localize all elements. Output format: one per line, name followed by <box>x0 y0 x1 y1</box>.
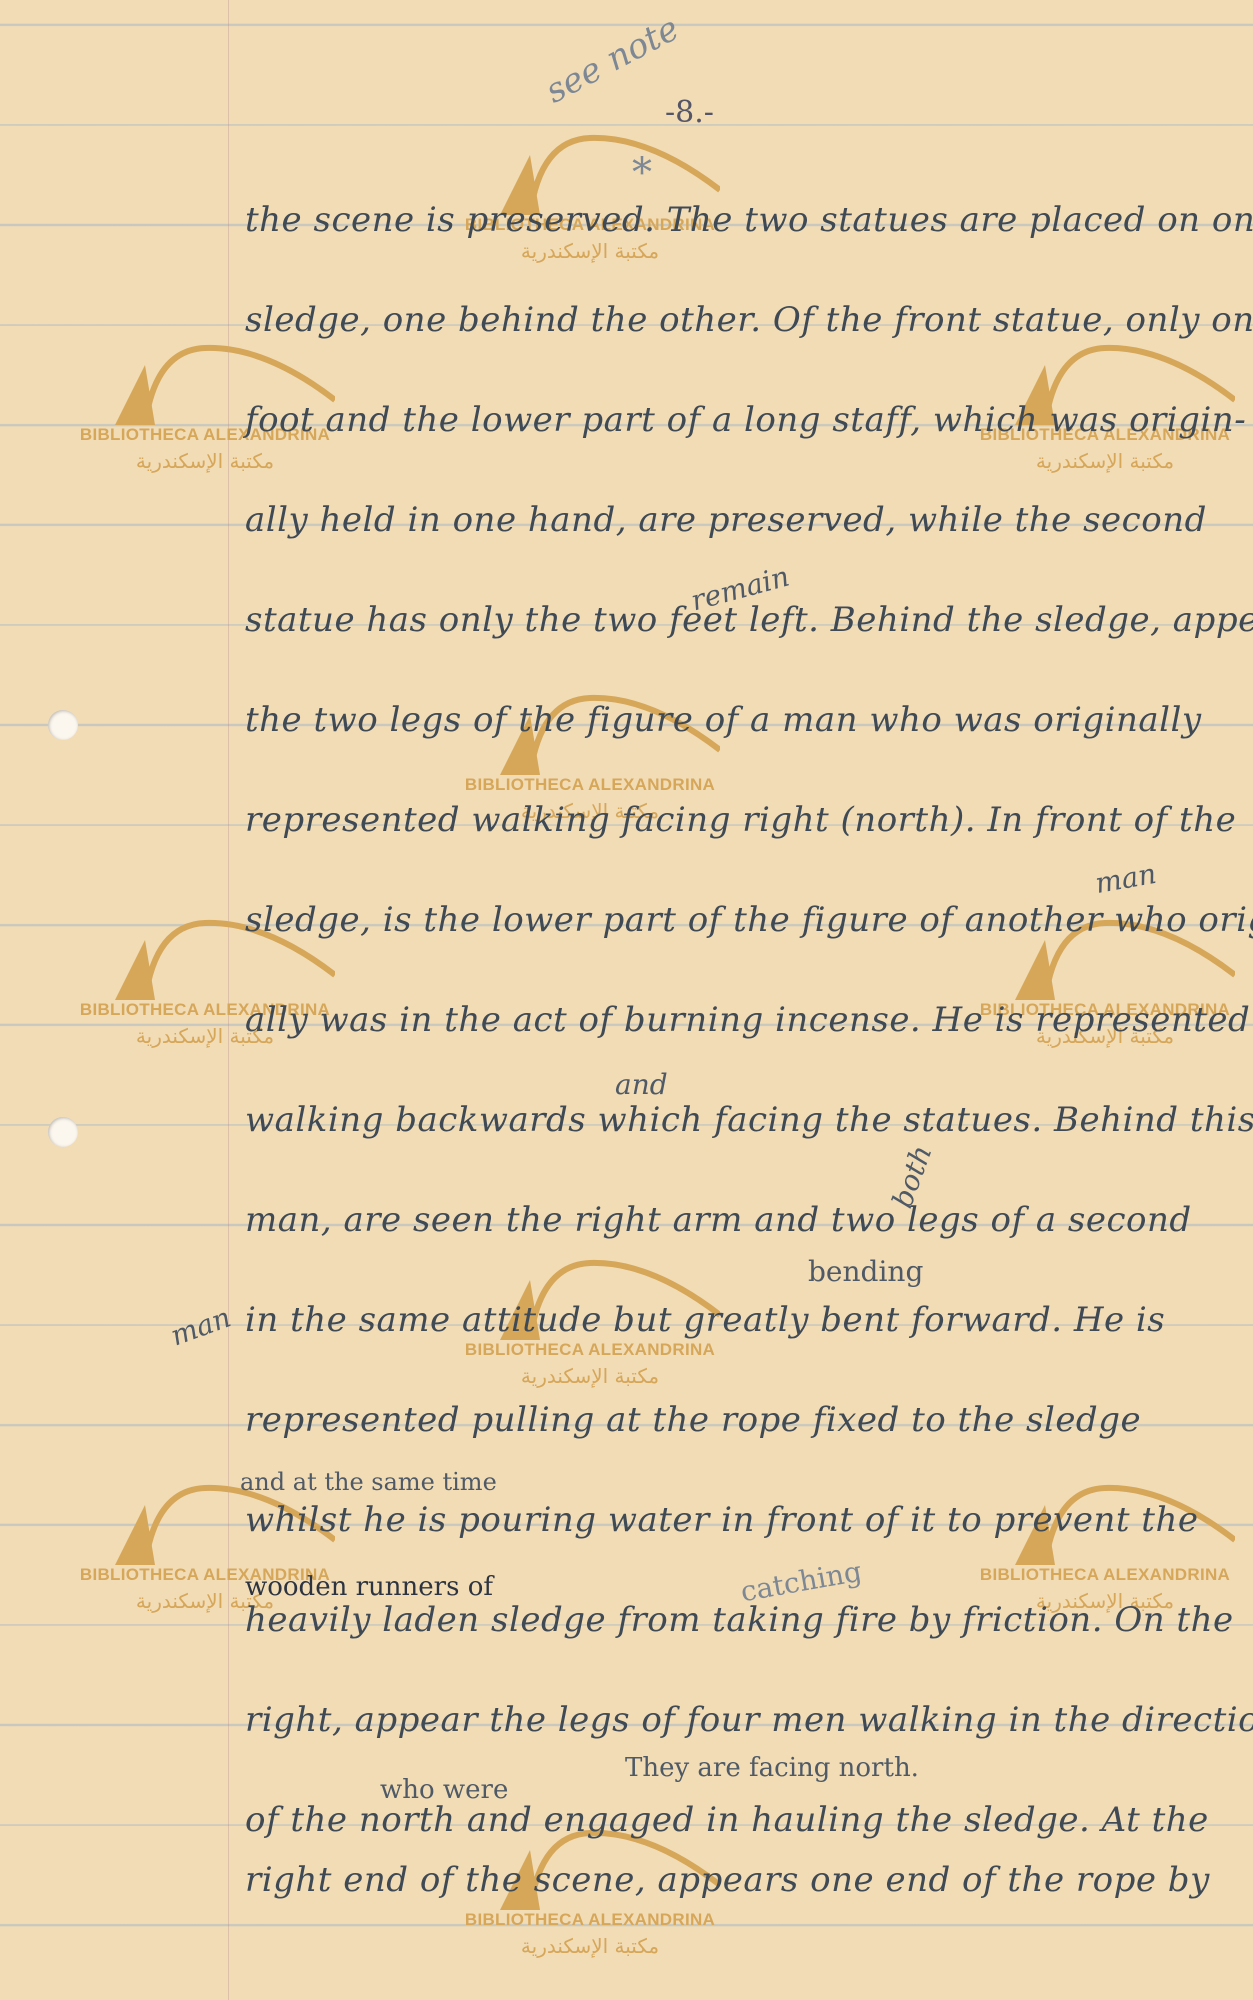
text-line: represented pulling at the rope fixed to… <box>245 1400 1141 1440</box>
text-line: the two legs of the figure of a man who … <box>245 700 1202 740</box>
text-line: the scene is preserved. The two statues … <box>245 200 1253 240</box>
text-line: ally was in the act of burning incense. … <box>245 1000 1250 1040</box>
text-line: foot and the lower part of a long staff,… <box>245 400 1246 440</box>
text-line: in the same attitude but greatly bent fo… <box>245 1300 1165 1340</box>
insertion-and-at-the-same-time: and at the same time <box>240 1468 497 1496</box>
text-line: whilst he is pouring water in front of i… <box>245 1500 1199 1540</box>
text-line: of the north and engaged in hauling the … <box>245 1800 1209 1840</box>
watermark: BIBLIOTHECA ALEXANDRINAمكتبة الإسكندرية <box>440 120 740 263</box>
punch-hole <box>48 1117 78 1147</box>
punch-hole <box>48 710 78 740</box>
insertion-they-are-facing-north: They are facing north. <box>625 1753 919 1783</box>
insertion-and: and <box>615 1068 668 1101</box>
text-line: statue has only the two feet left. Behin… <box>245 600 1253 640</box>
text-line: sledge, one behind the other. Of the fro… <box>245 300 1253 340</box>
insertion-bending: bending <box>808 1255 923 1288</box>
text-line: sledge, is the lower part of the figure … <box>245 900 1253 940</box>
text-line: represented walking facing right (north)… <box>245 800 1236 840</box>
watermark: BIBLIOTHECA ALEXANDRINAمكتبة الإسكندرية <box>955 1470 1253 1613</box>
insertion-wooden-runners: wooden runners of <box>245 1572 493 1602</box>
text-line: man, are seen the right arm and two legs… <box>245 1200 1192 1240</box>
text-line: right, appear the legs of four men walki… <box>245 1700 1253 1740</box>
text-line: heavily laden sledge from taking fire by… <box>245 1600 1234 1640</box>
text-line: walking backwards which facing the statu… <box>245 1100 1253 1140</box>
insertion-who-were: who were <box>380 1775 508 1805</box>
text-line: ally held in one hand, are preserved, wh… <box>245 500 1207 540</box>
text-line: right end of the scene, appears one end … <box>245 1860 1210 1900</box>
